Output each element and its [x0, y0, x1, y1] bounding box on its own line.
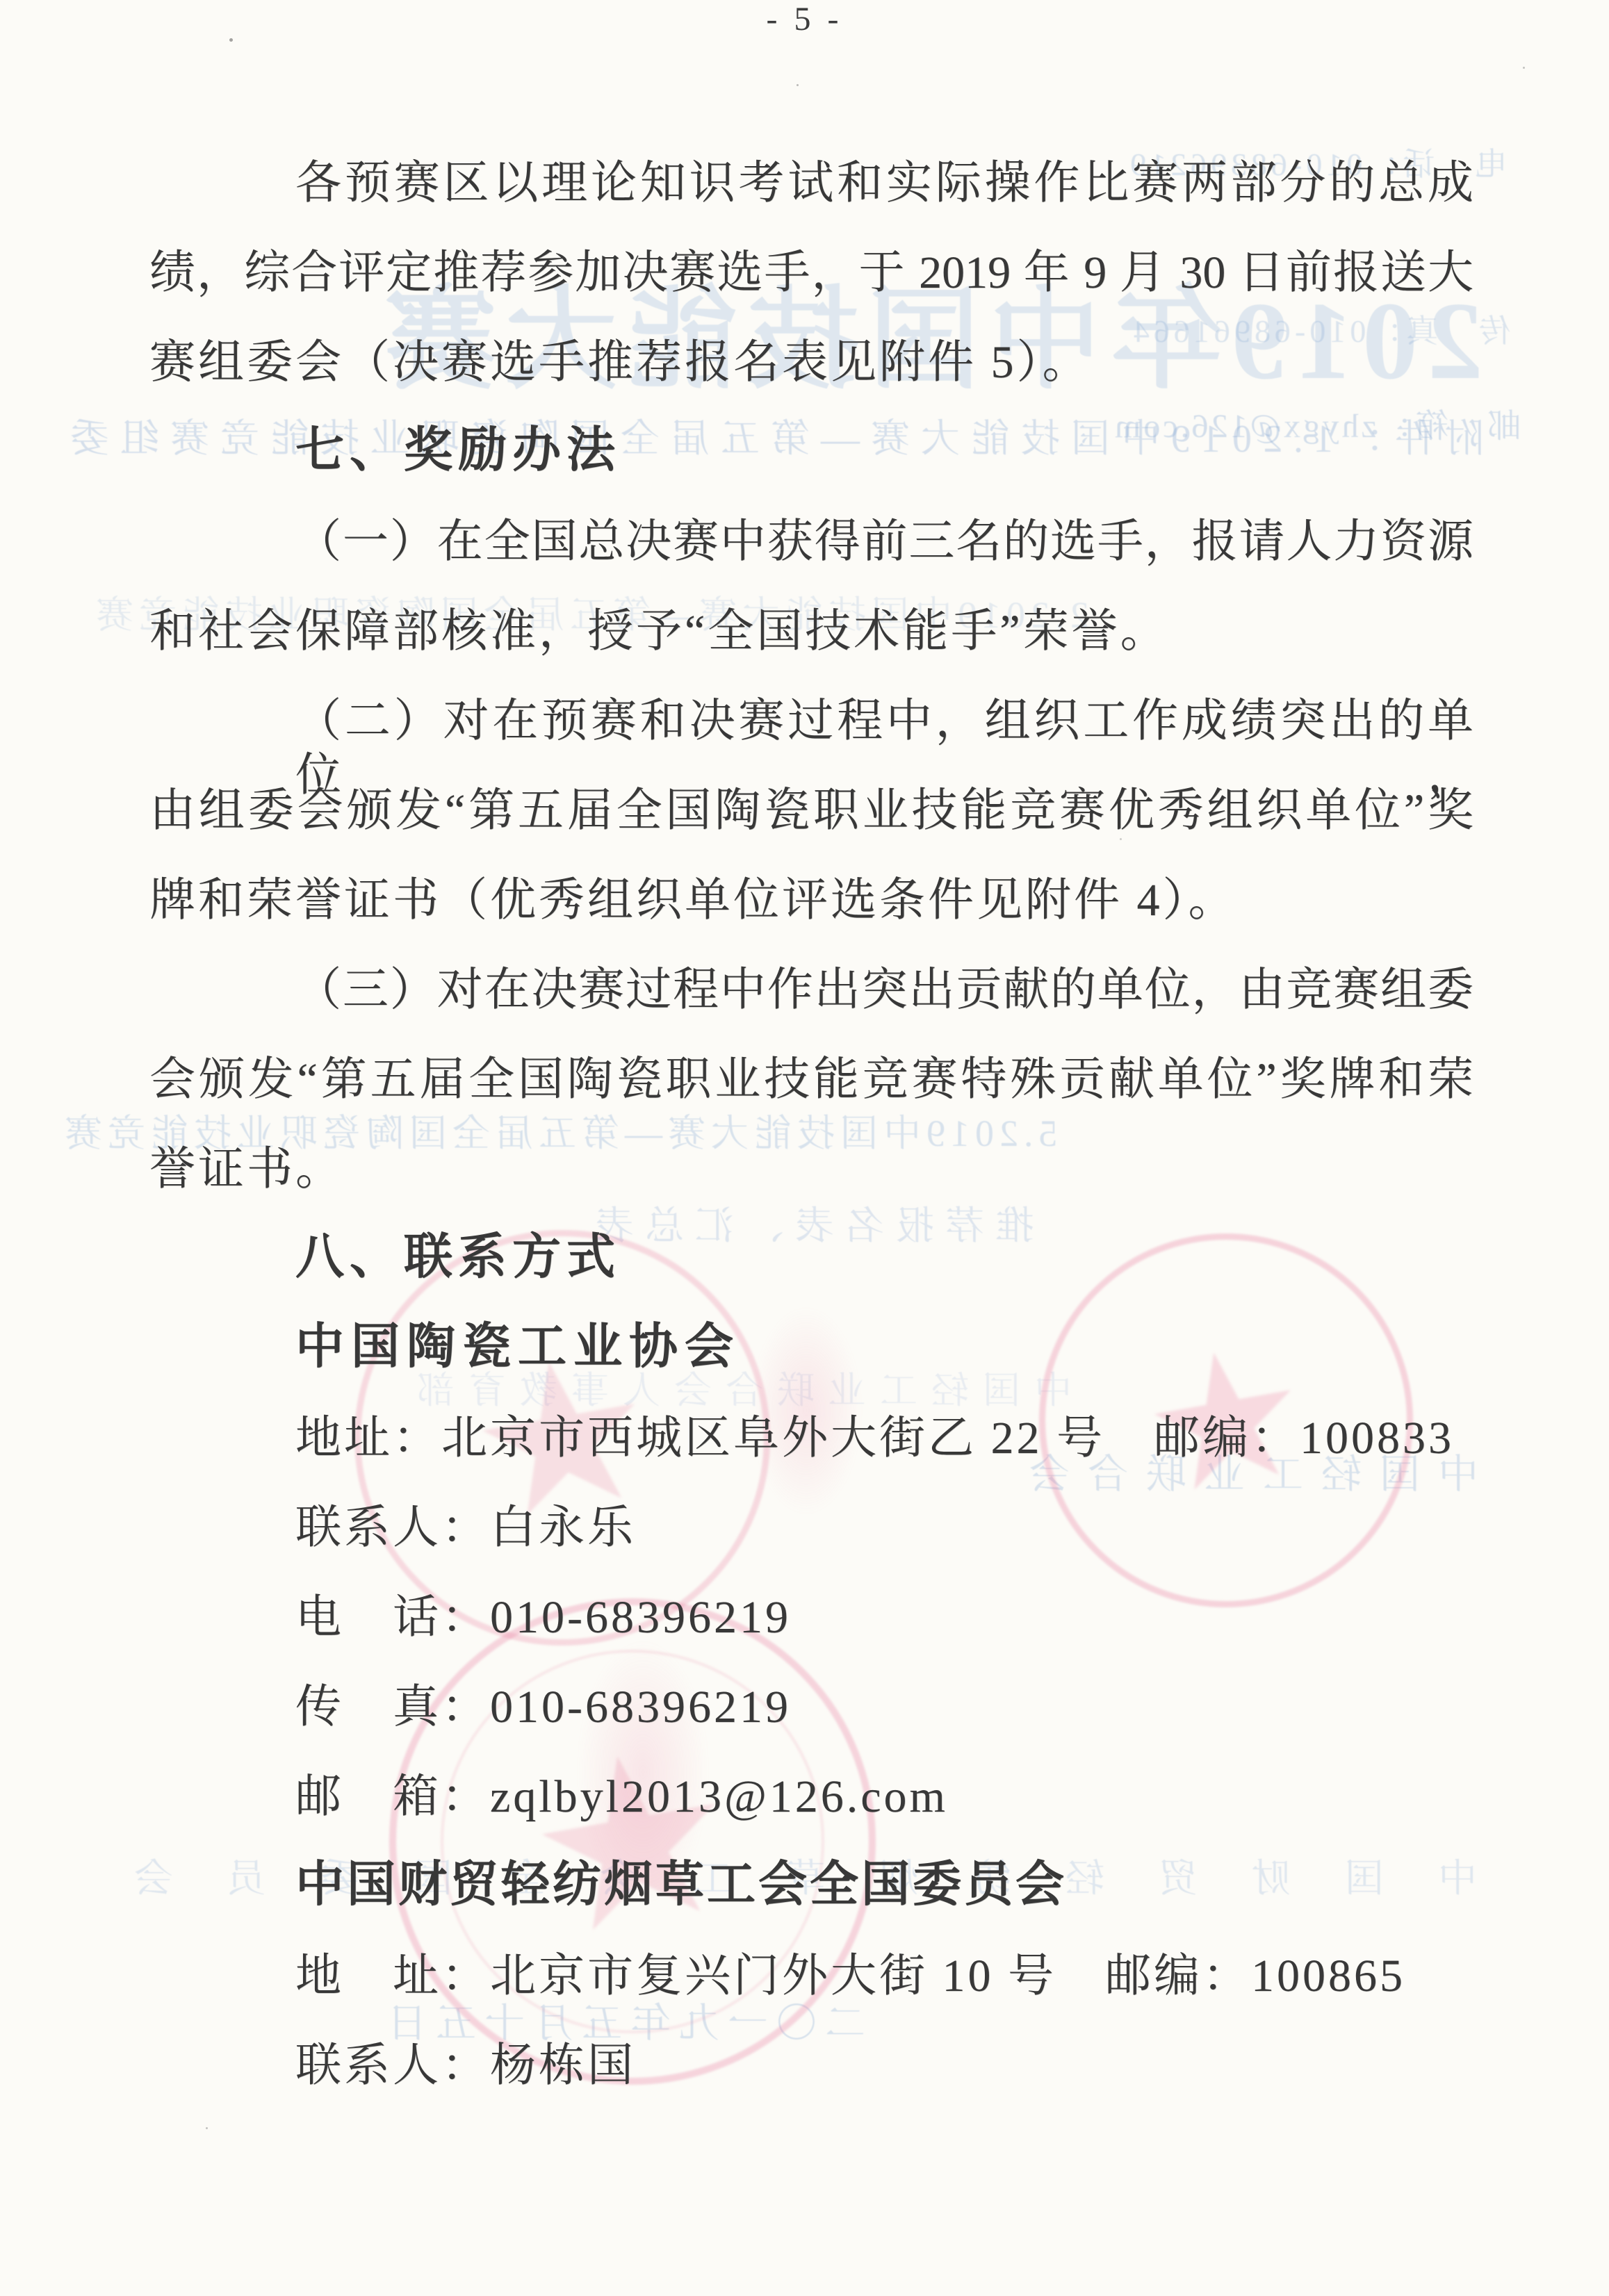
bleed-through-text: 推荐报名表、汇总表	[584, 1206, 1034, 1249]
bleed-through-text: 传 真：010-68961664	[1129, 314, 1510, 350]
contact-phone-line: 电 话：010-68396219	[295, 1591, 791, 1645]
paragraph-line: 誉证书。	[149, 1142, 344, 1197]
contact-person-line: 联系人：白永乐	[295, 1501, 636, 1555]
contact-address-line: 地 址：北京市复兴门外大街 10 号 邮编：100865	[295, 1949, 1405, 2003]
contact-person-line: 联系人：杨栋国	[295, 2039, 636, 2093]
section-heading-contact: 八、联系方式	[295, 1229, 621, 1287]
paragraph-line: 牌和荣誉证书（优秀组织单位评选条件见附件 4）。	[149, 874, 1237, 928]
paragraph-line: （一）在全国总决赛中获得前三名的选手，报请人力资源	[295, 515, 1473, 569]
paragraph-line: 赛组委会（决赛选手推荐报名表见附件 5）。	[149, 336, 1091, 390]
contact-address-line: 地址：北京市西城区阜外大街乙 22 号 邮编：100833	[295, 1411, 1454, 1466]
org-name-ceramic-association: 中国陶瓷工业协会	[295, 1319, 740, 1377]
scanned-page: 2019年中国技能大赛 附件：1.2019中国技能大赛—第五届全国陶瓷职业技能竞…	[0, 0, 1609, 2296]
paragraph-line: 由组委会颁发“第五届全国陶瓷职业技能竞赛优秀组织单位”奖	[149, 784, 1473, 838]
org-name-union-committee: 中国财贸轻纺烟草工会全国委员会	[295, 1857, 1067, 1914]
paragraph-line: 绩，综合评定推荐参加决赛选手，于 2019 年 9 月 30 日前报送大	[149, 246, 1473, 300]
section-heading-awards: 七、奖励办法	[295, 423, 621, 480]
bleed-through-text: 邮 箱：zhygx@126.com	[1112, 409, 1521, 445]
page-number: - 5 -	[0, 0, 1609, 38]
paragraph-line: （三）对在决赛过程中作出突出贡献的单位，由竞赛组委	[295, 963, 1473, 1017]
red-seal-smear	[751, 1306, 862, 1515]
contact-fax-line: 传 真：010-68396219	[295, 1680, 791, 1735]
paragraph-line: 和社会保障部核准，授予“全国技术能手”荣誉。	[149, 605, 1169, 659]
contact-email-line: 邮 箱：zqlbyl2013@126.com	[295, 1770, 948, 1824]
paragraph-line: 各预赛区以理论知识考试和实际操作比赛两部分的总成	[295, 156, 1473, 211]
paragraph-line: 会颁发“第五届全国陶瓷职业技能竞赛特殊贡献单位”奖牌和荣	[149, 1053, 1473, 1107]
scan-speck	[229, 38, 233, 42]
